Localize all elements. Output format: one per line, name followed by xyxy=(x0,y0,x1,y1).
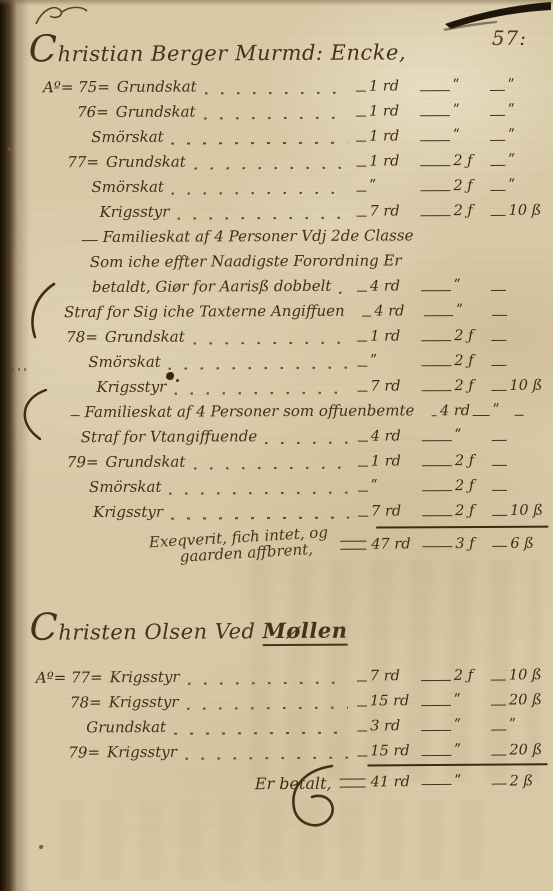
entry-heading: Christen Olsen Ved Møllen xyxy=(29,602,546,649)
amount-mk: 2 ƒ xyxy=(454,353,488,369)
amount-ss: ʺ xyxy=(508,78,546,94)
column-dash xyxy=(357,291,367,292)
column-dash xyxy=(421,365,451,366)
amount-ss: 20 ß xyxy=(509,742,547,758)
dotted-leader xyxy=(204,116,348,119)
dotted-leader xyxy=(185,756,349,759)
column-dash xyxy=(421,340,451,341)
total-amount-mk: ʺ xyxy=(455,774,489,790)
amount-ss: 10 ß xyxy=(509,378,547,394)
spacer xyxy=(31,783,255,785)
sum-rule xyxy=(367,763,547,766)
ink-blot xyxy=(7,147,12,151)
dotted-leader xyxy=(172,141,348,144)
year-prefix: 77= xyxy=(67,153,99,171)
entry-heading-place-underlined: Møllen xyxy=(262,618,347,647)
ledger-row: Krigsstyr 7 rd 2 ƒ 10 ß xyxy=(31,501,548,529)
amount-ss: ʺ xyxy=(508,178,546,194)
tax-label: Krigsstyr xyxy=(96,378,166,396)
amount-rdr: 4 rd xyxy=(371,428,419,444)
column-dash xyxy=(357,755,367,756)
column-dash xyxy=(431,415,437,416)
column-dash xyxy=(422,546,452,547)
column-dash xyxy=(422,783,452,784)
year-prefix: Aº= 75= xyxy=(43,78,110,96)
entry-total-row: Er betalt, 41 rd ʺ 2 ß xyxy=(30,767,547,799)
column-dash xyxy=(356,166,366,167)
amount-ss: 10 ß xyxy=(509,667,547,683)
ledger-entry-christen-olsen: Christen Olsen Ved Møllen Aº= 77= Krigss… xyxy=(29,602,547,799)
column-dash xyxy=(490,190,505,191)
dotted-leader xyxy=(174,391,348,394)
ledger-row: betaldt, Giør for Aarisß dobbelt 4 rd ʺ xyxy=(30,276,547,304)
dotted-leader xyxy=(187,706,349,709)
column-dash xyxy=(515,415,523,416)
ledger-row: 78= Krigsstyr 15 rd ʺ 20 ß xyxy=(30,690,547,719)
amount-mk: 2 ƒ xyxy=(455,503,489,519)
dotted-leader xyxy=(265,441,349,443)
amount-ss: ʺ xyxy=(508,128,546,144)
dotted-leader xyxy=(177,216,347,219)
tax-label: Straf for Vtangiffuende xyxy=(81,427,258,446)
column-dash xyxy=(358,441,368,442)
column-dash xyxy=(420,190,450,191)
total-label: Er betalt, xyxy=(255,773,332,793)
sum-rule xyxy=(376,526,548,529)
column-dash xyxy=(473,415,490,416)
dotted-leader xyxy=(205,91,347,94)
amount-mk: 2 ƒ xyxy=(454,668,488,684)
dotted-leader xyxy=(174,731,348,734)
tax-label: betaldt, Giør for Aarisß dobbelt xyxy=(92,277,332,296)
tax-label: Smörskat xyxy=(91,128,164,146)
tax-label: Familieskat af 4 Personer som offuenbemt… xyxy=(85,401,415,421)
amount-rdr: 3 rd xyxy=(370,718,418,734)
tax-label: Grundskat xyxy=(105,328,185,346)
tax-label: Grundskat xyxy=(116,102,196,120)
ledger-row: Straf for Vtangiffuende 4 rd ʺ xyxy=(31,426,548,454)
column-dash xyxy=(491,679,506,680)
note-text: Som iche effter Naadigste Forordning Er xyxy=(90,251,402,271)
tax-label: Straf for Sig iche Taxterne Angiffuen xyxy=(64,302,345,321)
total-amount-mk: 3 ƒ xyxy=(455,536,489,552)
column-dash xyxy=(356,141,366,142)
ledger-row: Straf for Sig iche Taxterne Angiffuen 4 … xyxy=(30,301,547,329)
amount-mk: 2 ƒ xyxy=(454,378,488,394)
ledger-row: Grundskat 3 rd ʺ ʺ xyxy=(30,715,547,744)
column-dash xyxy=(358,491,368,492)
amount-rdr: ʺ xyxy=(371,478,419,494)
year-prefix: 76= xyxy=(77,103,109,121)
ink-blot xyxy=(166,372,174,380)
column-dash xyxy=(421,215,451,216)
column-dash xyxy=(357,341,367,342)
column-dash xyxy=(421,680,451,681)
ink-bleedthrough xyxy=(60,800,500,880)
column-dash xyxy=(422,490,452,491)
amount-mk: ʺ xyxy=(454,278,488,294)
amount-mk: ʺ xyxy=(454,743,488,759)
amount-mk: ʺ xyxy=(453,103,487,119)
column-dash xyxy=(490,165,505,166)
column-dash xyxy=(421,730,451,731)
year-prefix: 79= xyxy=(68,743,100,761)
column-dash xyxy=(356,91,366,92)
year-prefix: 79= xyxy=(67,453,99,471)
column-dash xyxy=(491,340,506,341)
column-dash xyxy=(421,290,451,291)
page-top-edge xyxy=(0,0,553,6)
ink-blot xyxy=(39,845,43,849)
total-amount-ss: 2 ß xyxy=(510,773,548,789)
ledger-note-row: Familieskat af 4 Personer Vdj 2de Classe xyxy=(30,226,547,254)
tax-label: Krigsstyr xyxy=(110,668,180,686)
dotted-leader xyxy=(188,681,348,684)
year-prefix: 78= xyxy=(66,328,98,346)
binding-edge xyxy=(0,0,30,891)
amount-mk: 2 ƒ xyxy=(453,153,487,169)
column-dash xyxy=(357,680,367,681)
column-dash xyxy=(491,704,506,705)
amount-rdr: 7 rd xyxy=(370,203,418,219)
tax-label: Krigsstyr xyxy=(100,203,170,221)
column-dash xyxy=(357,705,367,706)
column-dash xyxy=(492,315,507,316)
amount-rdr: 7 rd xyxy=(370,378,418,394)
column-dash xyxy=(492,390,507,391)
tax-label: Grundskat xyxy=(86,718,166,737)
column-dash xyxy=(356,191,366,192)
column-dash xyxy=(420,140,450,141)
amount-mk: ʺ xyxy=(454,718,488,734)
column-dash xyxy=(490,90,505,91)
margin-pen-marks xyxy=(12,368,26,371)
dotted-leader xyxy=(170,491,350,494)
ledger-row: 79= Grundskat 1 rd 2 ƒ xyxy=(31,451,548,479)
amount-ss: 10 ß xyxy=(509,203,547,219)
note-text: Familieskat af 4 Personer Vdj 2de Classe xyxy=(103,226,414,246)
column-dash xyxy=(420,115,450,116)
column-dash xyxy=(422,390,452,391)
ink-blot xyxy=(176,379,179,382)
amount-mk: ʺ xyxy=(453,128,487,144)
ledger-row: Smörskat 1 rd ʺ ʺ xyxy=(29,126,546,154)
dotted-leader xyxy=(169,366,349,369)
year-prefix: 78= xyxy=(70,693,102,711)
amount-rdr: 1 rd xyxy=(369,78,417,94)
column-dash xyxy=(420,90,450,91)
total-amount-rdr: 47 rd xyxy=(371,536,419,552)
tax-label: Grundskat xyxy=(117,77,197,95)
tax-label: Smörskat xyxy=(89,478,162,496)
column-dash xyxy=(421,755,451,756)
column-dash xyxy=(356,116,366,117)
amount-rdr: ʺ xyxy=(369,178,417,194)
column-dash xyxy=(421,705,451,706)
amount-mk: ʺ xyxy=(455,428,489,444)
margin-dash xyxy=(82,240,98,241)
amount-rdr: 15 rd xyxy=(370,743,418,759)
ledger-row: Smörskat ʺ 2 ƒ xyxy=(31,476,548,504)
dotted-leader xyxy=(172,191,348,194)
dotted-leader xyxy=(339,291,348,293)
amount-rdr: 1 rd xyxy=(369,128,417,144)
ledger-row: Krigsstyr 7 rd 2 ƒ 10 ß xyxy=(30,376,547,404)
amount-rdr: ʺ xyxy=(370,353,418,369)
column-dash xyxy=(492,490,507,491)
column-dash xyxy=(357,366,367,367)
dotted-leader xyxy=(171,516,349,519)
column-dash xyxy=(422,515,452,516)
manuscript-page: 57: Christian Berger Murmd: Encke, Aº= 7… xyxy=(0,0,553,891)
amount-mk: ʺ xyxy=(454,693,488,709)
column-dash xyxy=(422,465,452,466)
column-dash xyxy=(420,165,450,166)
amount-mk: ʺ xyxy=(456,303,489,319)
tax-label: Grundskat xyxy=(105,453,185,471)
ledger-row: Smörskat ʺ 2 ƒ ʺ xyxy=(29,176,546,204)
column-dash xyxy=(492,515,507,516)
column-dash xyxy=(424,315,453,316)
column-dash xyxy=(492,465,507,466)
amount-rdr: 1 rd xyxy=(371,453,419,469)
amount-ss: 10 ß xyxy=(510,503,548,519)
tax-label: Krigsstyr xyxy=(109,693,179,711)
dotted-leader xyxy=(193,466,349,469)
ledger-row: 76= Grundskat 1 rd ʺ ʺ xyxy=(29,101,546,129)
amount-mk: 2 ƒ xyxy=(454,328,488,344)
entry-heading: Christian Berger Murmd: Encke, xyxy=(29,25,546,71)
amount-mk: 2 ƒ xyxy=(455,478,489,494)
equals-sign xyxy=(340,778,366,787)
amount-ss: ʺ xyxy=(508,103,546,119)
amount-ss: ʺ xyxy=(508,153,546,169)
ledger-row: Smörskat ʺ 2 ƒ xyxy=(30,351,547,379)
amount-mk: ʺ xyxy=(493,403,512,419)
amount-rdr: 15 rd xyxy=(370,693,418,709)
total-amount-ss: 6 ß xyxy=(510,536,548,552)
equals-sign xyxy=(340,540,366,549)
column-dash xyxy=(492,783,507,784)
entry-total-row: Exeqverit, fich intet, og gaarden affbre… xyxy=(31,528,548,563)
column-dash xyxy=(362,316,372,317)
margin-dash xyxy=(71,415,80,416)
amount-rdr: 4 rd xyxy=(440,403,470,419)
column-dash xyxy=(492,545,507,546)
pen-doodle-icon xyxy=(32,2,92,30)
amount-mk: ʺ xyxy=(453,78,487,94)
column-dash xyxy=(358,391,368,392)
column-dash xyxy=(492,440,507,441)
ledger-entry-christian-berger: Christian Berger Murmd: Encke, Aº= 75= G… xyxy=(29,25,549,563)
column-dash xyxy=(357,216,367,217)
amount-mk: 2 ƒ xyxy=(453,178,487,194)
amount-rdr: 4 rd xyxy=(374,303,421,319)
amount-ss: ʺ xyxy=(509,717,547,733)
dotted-leader xyxy=(194,166,348,169)
ledger-row: 77= Grundskat 1 rd 2 ƒ ʺ xyxy=(29,151,546,179)
amount-rdr: 1 rd xyxy=(369,103,417,119)
column-dash xyxy=(358,466,368,467)
year-prefix: Aº= 77= xyxy=(36,668,103,686)
entry-rows: Aº= 77= Krigsstyr 7 rd 2 ƒ 10 ß 78= Krig… xyxy=(30,665,548,799)
execution-note: Exeqverit, fich intet, og gaarden affbre… xyxy=(148,524,329,566)
amount-rdr: 4 rd xyxy=(370,278,418,294)
amount-mk: 2 ƒ xyxy=(455,453,489,469)
column-dash xyxy=(490,115,505,116)
column-dash xyxy=(490,140,505,141)
ledger-row: Aº= 75= Grundskat 1 rd ʺ ʺ xyxy=(29,76,546,104)
column-dash xyxy=(491,729,506,730)
column-dash xyxy=(358,516,368,517)
entry-heading-name: Christen Olsen Ved xyxy=(29,619,262,645)
amount-rdr: 7 rd xyxy=(370,668,418,684)
amount-rdr: 1 rd xyxy=(369,153,417,169)
ledger-row: Aº= 77= Krigsstyr 7 rd 2 ƒ 10 ß xyxy=(30,665,547,694)
tax-label: Grundskat xyxy=(106,153,186,171)
amount-rdr: 1 rd xyxy=(370,328,418,344)
ledger-row: Familieskat af 4 Personer som offuenbemt… xyxy=(31,401,548,429)
column-dash xyxy=(491,365,506,366)
tax-label: Krigsstyr xyxy=(107,743,177,761)
tax-label: Smörskat xyxy=(91,178,164,196)
amount-rdr: 7 rd xyxy=(371,503,419,519)
ledger-row: Krigsstyr 7 rd 2 ƒ 10 ß xyxy=(30,201,547,229)
tax-label: Smörskat xyxy=(88,353,161,371)
column-dash xyxy=(491,290,506,291)
column-dash xyxy=(422,440,452,441)
ledger-note-row: Som iche effter Naadigste Forordning Er xyxy=(30,251,547,279)
entry-rows: Aº= 75= Grundskat 1 rd ʺ ʺ 76= Grundskat… xyxy=(29,76,549,563)
column-dash xyxy=(357,730,367,731)
amount-mk: 2 ƒ xyxy=(454,203,488,219)
total-amount-rdr: 41 rd xyxy=(371,774,419,790)
tax-label: Krigsstyr xyxy=(93,503,163,521)
ledger-row: 78= Grundskat 1 rd 2 ƒ xyxy=(30,326,547,354)
amount-ss: 20 ß xyxy=(509,692,547,708)
column-dash xyxy=(491,754,506,755)
column-dash xyxy=(491,215,506,216)
spacer xyxy=(31,546,149,547)
dotted-leader xyxy=(193,341,349,344)
